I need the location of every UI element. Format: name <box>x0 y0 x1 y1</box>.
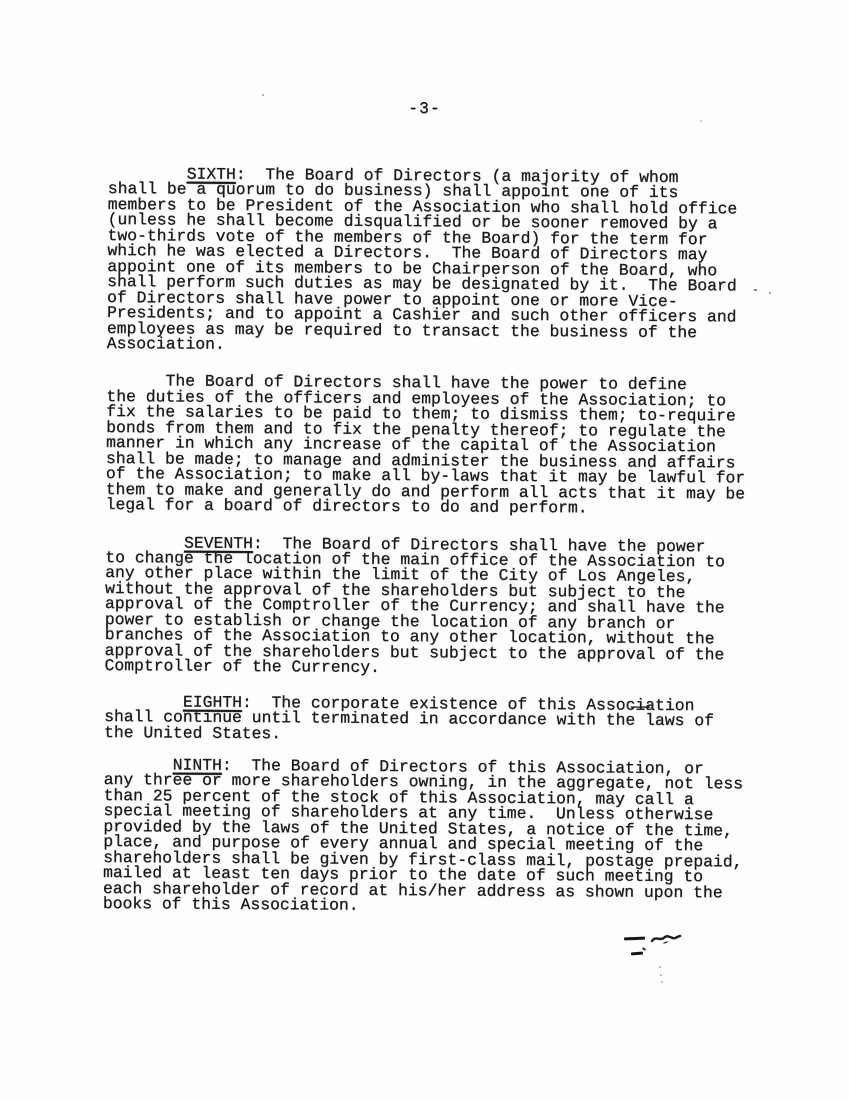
scan-speck <box>262 94 264 96</box>
document-body: SIXTH: The Board of Directors (a majorit… <box>103 166 798 916</box>
section-sixth: SIXTH: The Board of Directors (a majorit… <box>107 166 798 356</box>
scan-speck <box>700 120 702 122</box>
document-page: -3- SIXTH: The Board of Directors (a maj… <box>0 0 849 1100</box>
scan-speck <box>754 289 757 291</box>
pen-mark-long-dash-icon <box>624 937 645 941</box>
pen-mark-tick-icon <box>642 947 646 951</box>
scan-speck <box>659 966 661 968</box>
paragraph: The Board of Directors shall have the po… <box>106 373 797 517</box>
pen-mark-scribble-icon <box>650 932 682 946</box>
scan-speck <box>661 981 663 983</box>
section-eighth: EIGHTH: The corporate existence of this … <box>104 694 794 745</box>
section-seventh: SEVENTH: The Board of Directors shall ha… <box>104 535 795 679</box>
page-number: -3- <box>0 101 849 116</box>
scan-speck <box>769 292 771 294</box>
pen-mark-short-dash-icon <box>631 952 643 956</box>
scan-speck <box>660 974 662 976</box>
section-ninth: NINTH: The Board of Directors of this As… <box>103 757 794 916</box>
